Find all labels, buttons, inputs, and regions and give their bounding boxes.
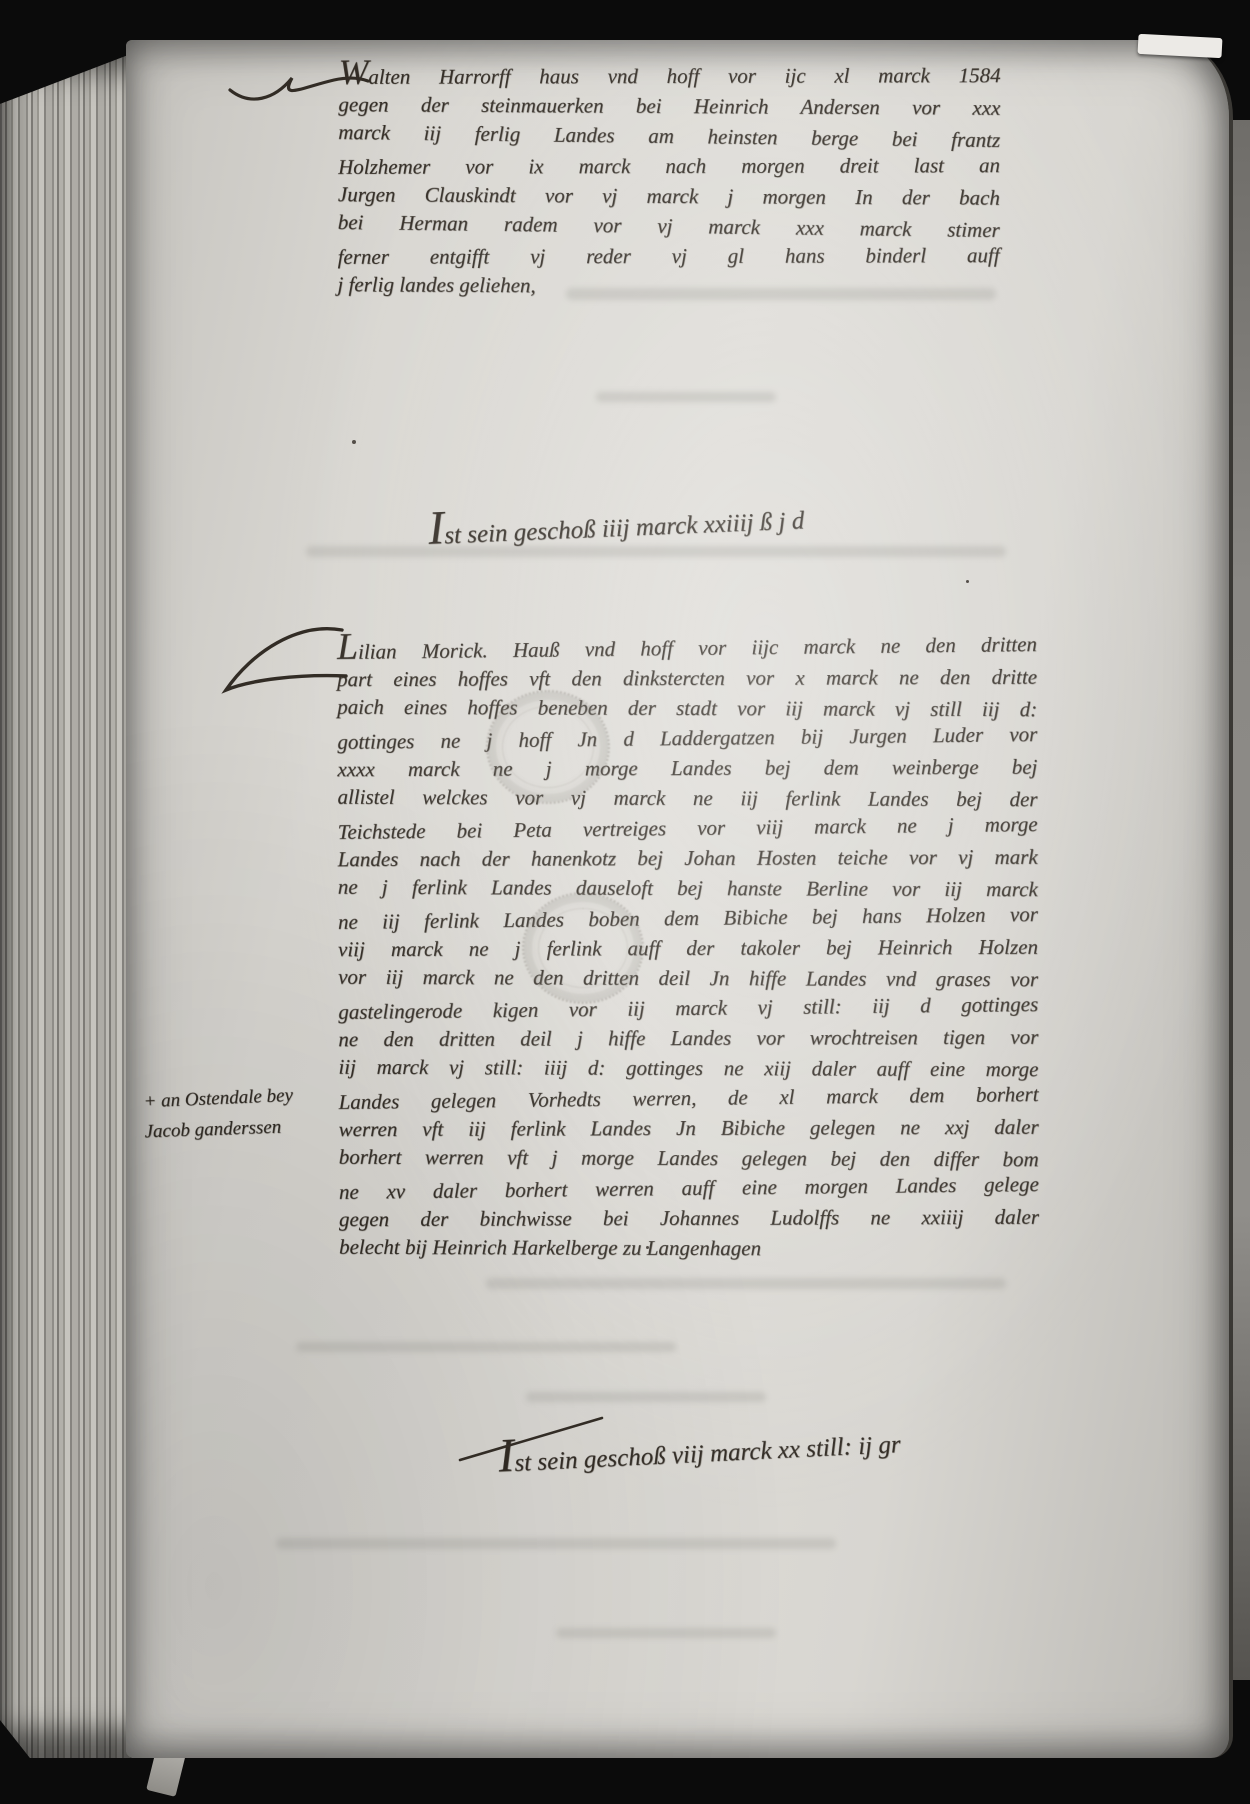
handwriting-line: j ferlig landes geliehen, — [337, 269, 999, 302]
handwriting-line: Walten Harrorff haus vnd hoff vor ijc xl… — [339, 55, 1001, 92]
handwriting-line: part eines hoffes vft den dinkstercten v… — [337, 662, 1037, 694]
ink-speck — [646, 1246, 649, 1249]
handwriting-line: ferner entgifft vj reder vj gl hans bind… — [338, 240, 1000, 272]
ink-speck — [966, 580, 969, 583]
handwriting-line: bei Herman radem vor vj marck xxx marck … — [338, 207, 1000, 245]
handwriting-line: belecht bij Heinrich Harkelberge zu Lang… — [339, 1232, 1039, 1264]
handwriting-line: viij marck ne j ferlink auff der takoler… — [338, 932, 1038, 964]
entry2-flourish — [214, 618, 354, 718]
bleedthrough-mark — [296, 1342, 676, 1352]
bleedthrough-mark — [556, 1628, 776, 1638]
handwriting-line: gegen der binchwisse bei Johannes Ludolf… — [339, 1202, 1039, 1234]
handwriting-line: Holzhemer vor ix marck nach morgen dreit… — [338, 150, 1000, 182]
handwriting-line: Landes nach der hanenkotz bej Johan Host… — [338, 842, 1038, 874]
handwriting-line: Lilian Morick. Hauß vnd hoff vor iijc ma… — [337, 624, 1037, 667]
ink-speck — [352, 440, 356, 444]
manuscript-page: Walten Harrorff haus vnd hoff vor ijc xl… — [126, 40, 1233, 1758]
handwriting-line: xxxx marck ne j morge Landes bej dem wei… — [337, 752, 1037, 784]
handwriting-line: marck iij ferlig Landes am heinsten berg… — [338, 117, 1000, 155]
bleedthrough-mark — [526, 1392, 766, 1402]
bleedthrough-mark — [596, 392, 776, 402]
subtotal-line-1: Ist sein geschoß iiij marck xxiiij ß j d — [427, 482, 909, 556]
bleedthrough-mark — [276, 1538, 836, 1549]
manuscript-photo: { "document": { "kind": "handwritten led… — [0, 0, 1250, 1804]
handwriting-line: werren vft iij ferlink Landes Jn Bibiche… — [339, 1112, 1039, 1144]
entry-first: Walten Harrorff haus vnd hoff vor ijc xl… — [337, 54, 1000, 302]
entry-second: Lilian Morick. Hauß vnd hoff vor iijc ma… — [337, 627, 1039, 1264]
bleedthrough-mark — [306, 546, 1006, 557]
bleedthrough-mark — [486, 1278, 1006, 1289]
marginal-note: + an Ostendale bey Jacob ganderssen — [143, 1079, 345, 1148]
handwriting-line: ne den dritten deil j hiffe Landes vor w… — [338, 1022, 1038, 1054]
subtotal-line-2: Ist sein geschoß viij marck xx still: ij… — [497, 1406, 979, 1483]
